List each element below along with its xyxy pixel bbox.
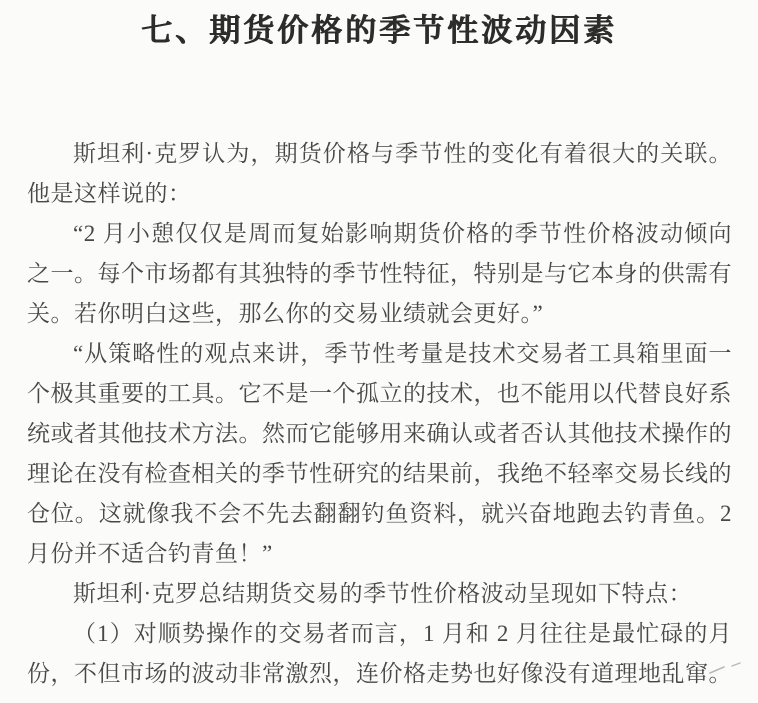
page-content: 斯坦利·克罗认为，期货价格与季节性的变化有着很大的关联。他是这样说的： “2 月… [0,134,758,694]
paragraph-point-1: （1）对顺势操作的交易者而言，1 月和 2 月往往是最忙碌的月份，不但市场的波动… [27,614,732,694]
paragraph-intro: 斯坦利·克罗认为，期货价格与季节性的变化有着很大的关联。他是这样说的： [27,134,732,214]
page-title: 七、期货价格的季节性波动因素 [0,0,758,52]
paragraph-summary-lead: 斯坦利·克罗总结期货交易的季节性价格波动呈现如下特点： [27,574,732,614]
paragraph-quote-1: “2 月小憩仅仅是周而复始影响期货价格的季节性价格波动倾向之一。每个市场都有其独… [27,214,732,334]
paragraph-quote-2: “从策略性的观点来讲，季节性考量是技术交易者工具箱里面一个极其重要的工具。它不是… [27,334,732,574]
book-page: 七、期货价格的季节性波动因素 斯坦利·克罗认为，期货价格与季节性的变化有着很大的… [0,0,758,703]
